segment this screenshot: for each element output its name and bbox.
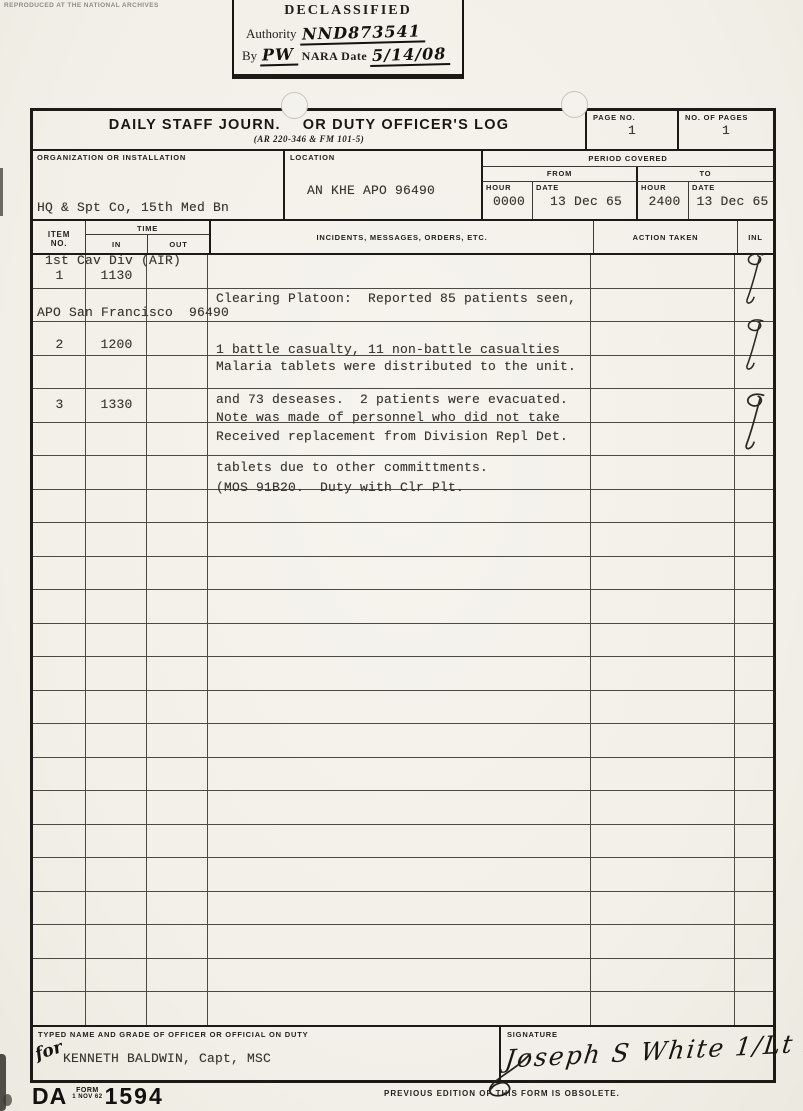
log-table-cell [208, 992, 591, 1025]
by-label: By [242, 48, 257, 63]
form-title-row: DAILY STAFF JOURN. OR DUTY OFFICER'S LOG… [33, 111, 773, 151]
log-table-ruled-row [33, 892, 773, 926]
log-table-ruled-row [33, 925, 773, 959]
log-table-cell [735, 992, 773, 1025]
log-table-cell [591, 624, 735, 657]
officer-signature-row: TYPED NAME AND GRADE OF OFFICER OR OFFIC… [33, 1025, 773, 1080]
log-table-cell [208, 858, 591, 891]
stamp-title: DECLASSIFIED [234, 3, 462, 19]
organization-label: ORGANIZATION OR INSTALLATION [37, 153, 283, 162]
log-table-cell [33, 691, 86, 724]
date-label: DATE [536, 183, 636, 192]
signature-pen-stroke [478, 1052, 534, 1102]
scanned-document-page: REPRODUCED AT THE NATIONAL ARCHIVES DECL… [0, 0, 803, 1111]
location-value: AN KHE APO 96490 [307, 183, 435, 198]
log-table-cell [591, 557, 735, 590]
log-table-cell [591, 356, 735, 389]
form-title-left: DAILY STAFF JOURN. [109, 117, 281, 133]
form-title-cell: DAILY STAFF JOURN. OR DUTY OFFICER'S LOG… [33, 111, 587, 149]
log-table-cell [208, 557, 591, 590]
log-table-cell [86, 490, 147, 523]
organization-cell: ORGANIZATION OR INSTALLATION HQ & Spt Co… [33, 151, 285, 219]
log-table-ruled-row [33, 825, 773, 859]
log-table-cell [86, 925, 147, 958]
log-table-cell [591, 691, 735, 724]
log-table-cell [86, 959, 147, 992]
log-table-cell [147, 624, 208, 657]
log-table-ruled-row [33, 624, 773, 658]
log-table-cell [591, 992, 735, 1025]
log-table-cell [147, 456, 208, 489]
log-table-cell [33, 892, 86, 925]
log-table-cell [591, 825, 735, 858]
stamp-date-handwritten: 5/14/08 [370, 44, 451, 67]
org-location-period-row: ORGANIZATION OR INSTALLATION HQ & Spt Co… [33, 151, 773, 221]
log-table-ruled-row [33, 691, 773, 725]
form-title: DAILY STAFF JOURN. OR DUTY OFFICER'S LOG [109, 117, 509, 133]
entry-time-in: 1330 [86, 397, 147, 412]
form-subtitle: (AR 220-346 & FM 101-5) [254, 134, 365, 144]
handwritten-for-note: for [33, 1037, 65, 1065]
log-table-ruled-row [33, 992, 773, 1025]
time-in-label: IN [86, 235, 148, 253]
log-table-cell [591, 959, 735, 992]
signature-cell: SIGNATURE Joseph S White 1/Lt MSC [501, 1027, 773, 1080]
column-header-action-taken: ACTION TAKEN [594, 221, 738, 253]
log-table-cell [33, 791, 86, 824]
da-form-1594: DAILY STAFF JOURN. OR DUTY OFFICER'S LOG… [30, 108, 776, 1083]
scan-smudge [0, 168, 3, 216]
log-table-cell [208, 657, 591, 690]
log-table-cell [147, 557, 208, 590]
organization-line: HQ & Spt Co, 15th Med Bn [37, 199, 283, 217]
hour-label: HOUR [641, 183, 688, 192]
handwritten-initials-icon [731, 391, 777, 453]
column-header-item-no: ITEM NO. [33, 221, 86, 253]
log-table-cell [86, 356, 147, 389]
log-table-cell [86, 791, 147, 824]
form-edition-date: 1 NOV 62 [72, 1094, 102, 1100]
log-table-cell [86, 523, 147, 556]
page-no-label: PAGE NO. [587, 111, 677, 122]
period-covered-label: PERIOD COVERED [483, 151, 773, 167]
column-header-incidents: INCIDENTS, MESSAGES, ORDERS, ETC. [211, 221, 594, 253]
log-table-cell [735, 523, 773, 556]
to-date-value: 13 Dec 65 [692, 194, 773, 209]
log-table-cell [86, 624, 147, 657]
log-table-cell [208, 892, 591, 925]
incident-line: Clearing Platoon: Reported 85 patients s… [216, 291, 596, 308]
log-table-cell [591, 322, 735, 355]
log-table-cell [86, 289, 147, 322]
date-label: DATE [692, 183, 773, 192]
log-table-cell [208, 825, 591, 858]
log-table-cell [735, 925, 773, 958]
log-table-cell [86, 825, 147, 858]
period-values-row: HOUR 0000 DATE 13 Dec 65 HOUR 2400 DATE … [483, 182, 773, 219]
log-table-cell [208, 724, 591, 757]
log-table-cell [147, 925, 208, 958]
log-table-cell [33, 356, 86, 389]
log-table-cell [33, 992, 86, 1025]
log-table-cell [147, 255, 208, 288]
entry-item-no: 3 [33, 397, 86, 412]
form-title-right: OR DUTY OFFICER'S LOG [303, 117, 509, 133]
form-number-block: DA FORM 1 NOV 62 1594 [32, 1085, 164, 1107]
log-table-ruled-row [33, 657, 773, 691]
archives-reproduction-note: REPRODUCED AT THE NATIONAL ARCHIVES [4, 2, 159, 9]
log-table-cell [86, 590, 147, 623]
column-header-initials: INL [738, 221, 773, 253]
log-table-ruled-row [33, 590, 773, 624]
log-table-cell [33, 490, 86, 523]
from-hour-value: 0000 [486, 194, 532, 209]
log-table-cell [208, 791, 591, 824]
log-table-cell [147, 590, 208, 623]
log-table-cell [33, 925, 86, 958]
log-table-cell [591, 925, 735, 958]
log-table-cell [147, 289, 208, 322]
incident-line: Received replacement from Division Repl … [216, 429, 596, 446]
log-table-cell [591, 456, 735, 489]
item-label-line1: ITEM [48, 230, 70, 239]
log-table-cell [208, 925, 591, 958]
log-table-cell [591, 724, 735, 757]
punch-hole [561, 91, 588, 118]
log-table-ruled-row [33, 858, 773, 892]
log-table-cell [147, 691, 208, 724]
log-table-cell [147, 389, 208, 422]
log-table-cell [147, 356, 208, 389]
form-edition: FORM 1 NOV 62 [72, 1088, 102, 1100]
log-table-cell [735, 959, 773, 992]
log-table-cell [86, 992, 147, 1025]
log-table-cell [735, 825, 773, 858]
log-table-cell [86, 724, 147, 757]
period-to-date-cell: DATE 13 Dec 65 [689, 182, 773, 219]
column-header-time: TIME IN OUT [86, 221, 211, 253]
stamp-authority-row: Authority NND873541 [246, 23, 425, 44]
page-no-box: PAGE NO. 1 [587, 111, 679, 149]
log-table-cell [147, 825, 208, 858]
period-to-hour-cell: HOUR 2400 [638, 182, 689, 219]
log-table-cell [147, 892, 208, 925]
time-in-out-row: IN OUT [86, 235, 209, 253]
log-table-cell [147, 657, 208, 690]
scan-smudge [3, 1094, 12, 1106]
handwritten-initials-icon [731, 251, 777, 307]
log-table-cell [147, 490, 208, 523]
incident-line: Malaria tablets were distributed to the … [216, 359, 596, 376]
item-label-line2: NO. [51, 239, 68, 248]
declassified-stamp: DECLASSIFIED Authority NND873541 By PW N… [232, 0, 464, 79]
log-table-cell [735, 657, 773, 690]
log-table-cell [208, 691, 591, 724]
log-table-ruled-row [33, 758, 773, 792]
log-table-cell [735, 691, 773, 724]
log-table-cell [591, 758, 735, 791]
log-table-cell [591, 289, 735, 322]
log-table-cell [33, 423, 86, 456]
log-table-cell [33, 456, 86, 489]
punch-hole [281, 92, 308, 119]
form-number: 1594 [105, 1085, 164, 1107]
period-from-date-cell: DATE 13 Dec 65 [533, 182, 638, 219]
log-table-cell [208, 758, 591, 791]
log-table-cell [591, 389, 735, 422]
log-table-cell [735, 724, 773, 757]
authority-value-handwritten: NND873541 [300, 21, 425, 45]
log-table-cell [591, 858, 735, 891]
log-table-cell [591, 490, 735, 523]
log-table-cell [735, 892, 773, 925]
period-to-label: TO [638, 167, 773, 181]
log-table-header: ITEM NO. TIME IN OUT INCIDENTS, MESSAGES… [33, 221, 773, 255]
location-cell: LOCATION AN KHE APO 96490 [285, 151, 483, 219]
log-table-cell [735, 590, 773, 623]
log-table-cell [591, 657, 735, 690]
log-table-cell [86, 858, 147, 891]
typed-name-label: TYPED NAME AND GRADE OF OFFICER OR OFFIC… [38, 1030, 499, 1039]
entry-item-no: 2 [33, 337, 86, 352]
log-table-cell [86, 691, 147, 724]
log-table-cell [591, 791, 735, 824]
entry-time-in: 1130 [86, 268, 147, 283]
typed-name-value: KENNETH BALDWIN, Capt, MSC [63, 1051, 271, 1066]
log-table-cell [591, 255, 735, 288]
entry-incident-text: Received replacement from Division Repl … [216, 395, 596, 530]
log-table-cell [735, 557, 773, 590]
by-initials-handwritten: PW [260, 45, 299, 67]
log-table-cell [147, 724, 208, 757]
log-table-cell [33, 657, 86, 690]
log-table-cell [208, 624, 591, 657]
log-table-cell [147, 858, 208, 891]
log-table-cell [735, 858, 773, 891]
log-table-cell [86, 557, 147, 590]
log-table-cell [33, 825, 86, 858]
log-table-body: 1 1130 Clearing Platoon: Reported 85 pat… [33, 255, 773, 1025]
log-table-ruled-row [33, 724, 773, 758]
log-table-ruled-row [33, 791, 773, 825]
period-from-to-row: FROM TO [483, 167, 773, 182]
location-label: LOCATION [290, 153, 481, 162]
no-of-pages-value: 1 [679, 123, 773, 138]
log-table-cell [147, 758, 208, 791]
page-no-value: 1 [587, 123, 677, 138]
authority-label: Authority [246, 26, 297, 41]
nara-date-label: NARA Date [302, 49, 368, 63]
log-table-cell [591, 523, 735, 556]
period-covered-cell: PERIOD COVERED FROM TO HOUR 0000 DATE 13… [483, 151, 773, 219]
log-table-cell [86, 657, 147, 690]
log-table-cell [147, 959, 208, 992]
log-table-cell [86, 758, 147, 791]
log-table-cell [33, 724, 86, 757]
time-label: TIME [86, 221, 209, 235]
log-table-cell [33, 289, 86, 322]
entry-time-in: 1200 [86, 337, 147, 352]
log-table-cell [33, 557, 86, 590]
log-table-cell [735, 624, 773, 657]
handwritten-initials-icon [731, 317, 777, 373]
stamp-by-row: By PW NARA Date 5/14/08 [242, 45, 451, 66]
log-table-cell [33, 523, 86, 556]
log-table-cell [86, 456, 147, 489]
no-of-pages-box: NO. OF PAGES 1 [679, 111, 773, 149]
log-table-cell [33, 959, 86, 992]
from-date-value: 13 Dec 65 [536, 194, 636, 209]
log-table-cell [86, 892, 147, 925]
log-table-cell [208, 590, 591, 623]
period-from-label: FROM [483, 167, 638, 181]
log-table-cell [591, 590, 735, 623]
log-table-cell [591, 892, 735, 925]
log-table-cell [33, 624, 86, 657]
log-table-cell [147, 791, 208, 824]
log-table-ruled-row [33, 959, 773, 993]
log-table-cell [33, 758, 86, 791]
typed-name-cell: TYPED NAME AND GRADE OF OFFICER OR OFFIC… [33, 1027, 501, 1080]
entry-item-no: 1 [33, 268, 86, 283]
incident-line: (MOS 91B20. Duty with Clr Plt. [216, 480, 596, 497]
log-table-cell [33, 590, 86, 623]
log-table-ruled-row [33, 557, 773, 591]
no-of-pages-label: NO. OF PAGES [679, 111, 773, 122]
time-out-label: OUT [148, 235, 209, 253]
period-from-hour-cell: HOUR 0000 [483, 182, 533, 219]
log-table-cell [147, 992, 208, 1025]
log-table-cell [591, 423, 735, 456]
log-table-cell [735, 490, 773, 523]
log-table-cell [147, 322, 208, 355]
da-label: DA [32, 1085, 67, 1107]
log-table-cell [735, 456, 773, 489]
log-table-cell [735, 758, 773, 791]
to-hour-value: 2400 [641, 194, 688, 209]
hour-label: HOUR [486, 183, 532, 192]
log-table-cell [208, 959, 591, 992]
log-table-cell [147, 523, 208, 556]
log-table-cell [147, 423, 208, 456]
log-table-cell [86, 423, 147, 456]
log-table-cell [33, 858, 86, 891]
log-table-cell [735, 791, 773, 824]
